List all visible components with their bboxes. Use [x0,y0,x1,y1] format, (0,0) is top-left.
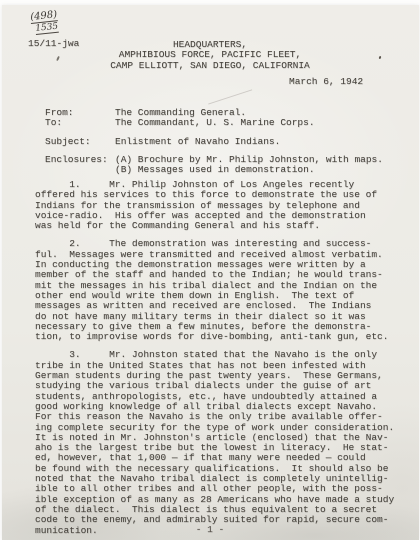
to-label: To: [45,118,115,128]
subject-value: Enlistment of Navaho Indians. [115,137,280,147]
enclosures-list: (A) Brochure by Mr. Philip Johnston, wit… [115,155,383,176]
paragraph-2: 2. The demonstration was interesting and… [35,239,406,342]
scanned-document-page: (498) 1535 15/11-jwa HEADQUARTERS,AMPHIB… [0,0,420,540]
body-line: For this reason the Navaho is the only t… [35,412,406,422]
letterhead: HEADQUARTERS,AMPHIBIOUS FORCE, PACIFIC F… [0,40,420,71]
to-row: To: The Commandant, U. S. Marine Corps. [45,118,402,128]
memo-body: 1. Mr. Philip Johnston of Los Angeles re… [35,180,406,540]
subject-row: Subject: Enlistment of Navaho Indians. [45,137,402,147]
body-line: was held for the Commanding General and … [35,221,406,231]
memo-meta: From: The Commanding General. To: The Co… [45,108,402,175]
paragraph-3: 3. Mr. Johnston stated that the Navaho i… [35,350,406,535]
letterhead-line: CAMP ELLIOTT, SAN DIEGO, CALIFORNIA [0,61,420,71]
page-number: - 1 - [0,524,420,535]
body-line: tion, to improvise words for dive-bombin… [35,332,406,342]
subject-label: Subject: [45,137,115,147]
enclosure-item: (B) Messages used in demonstration. [115,165,383,175]
enclosures-label: Enclosures: [45,155,115,176]
to-value: The Commandant, U. S. Marine Corps. [115,118,315,128]
enclosures-row: Enclosures: (A) Brochure by Mr. Philip J… [45,155,402,176]
date-line: March 6, 1942 [289,77,363,87]
paragraph-1: 1. Mr. Philip Johnston of Los Angeles re… [35,180,406,231]
